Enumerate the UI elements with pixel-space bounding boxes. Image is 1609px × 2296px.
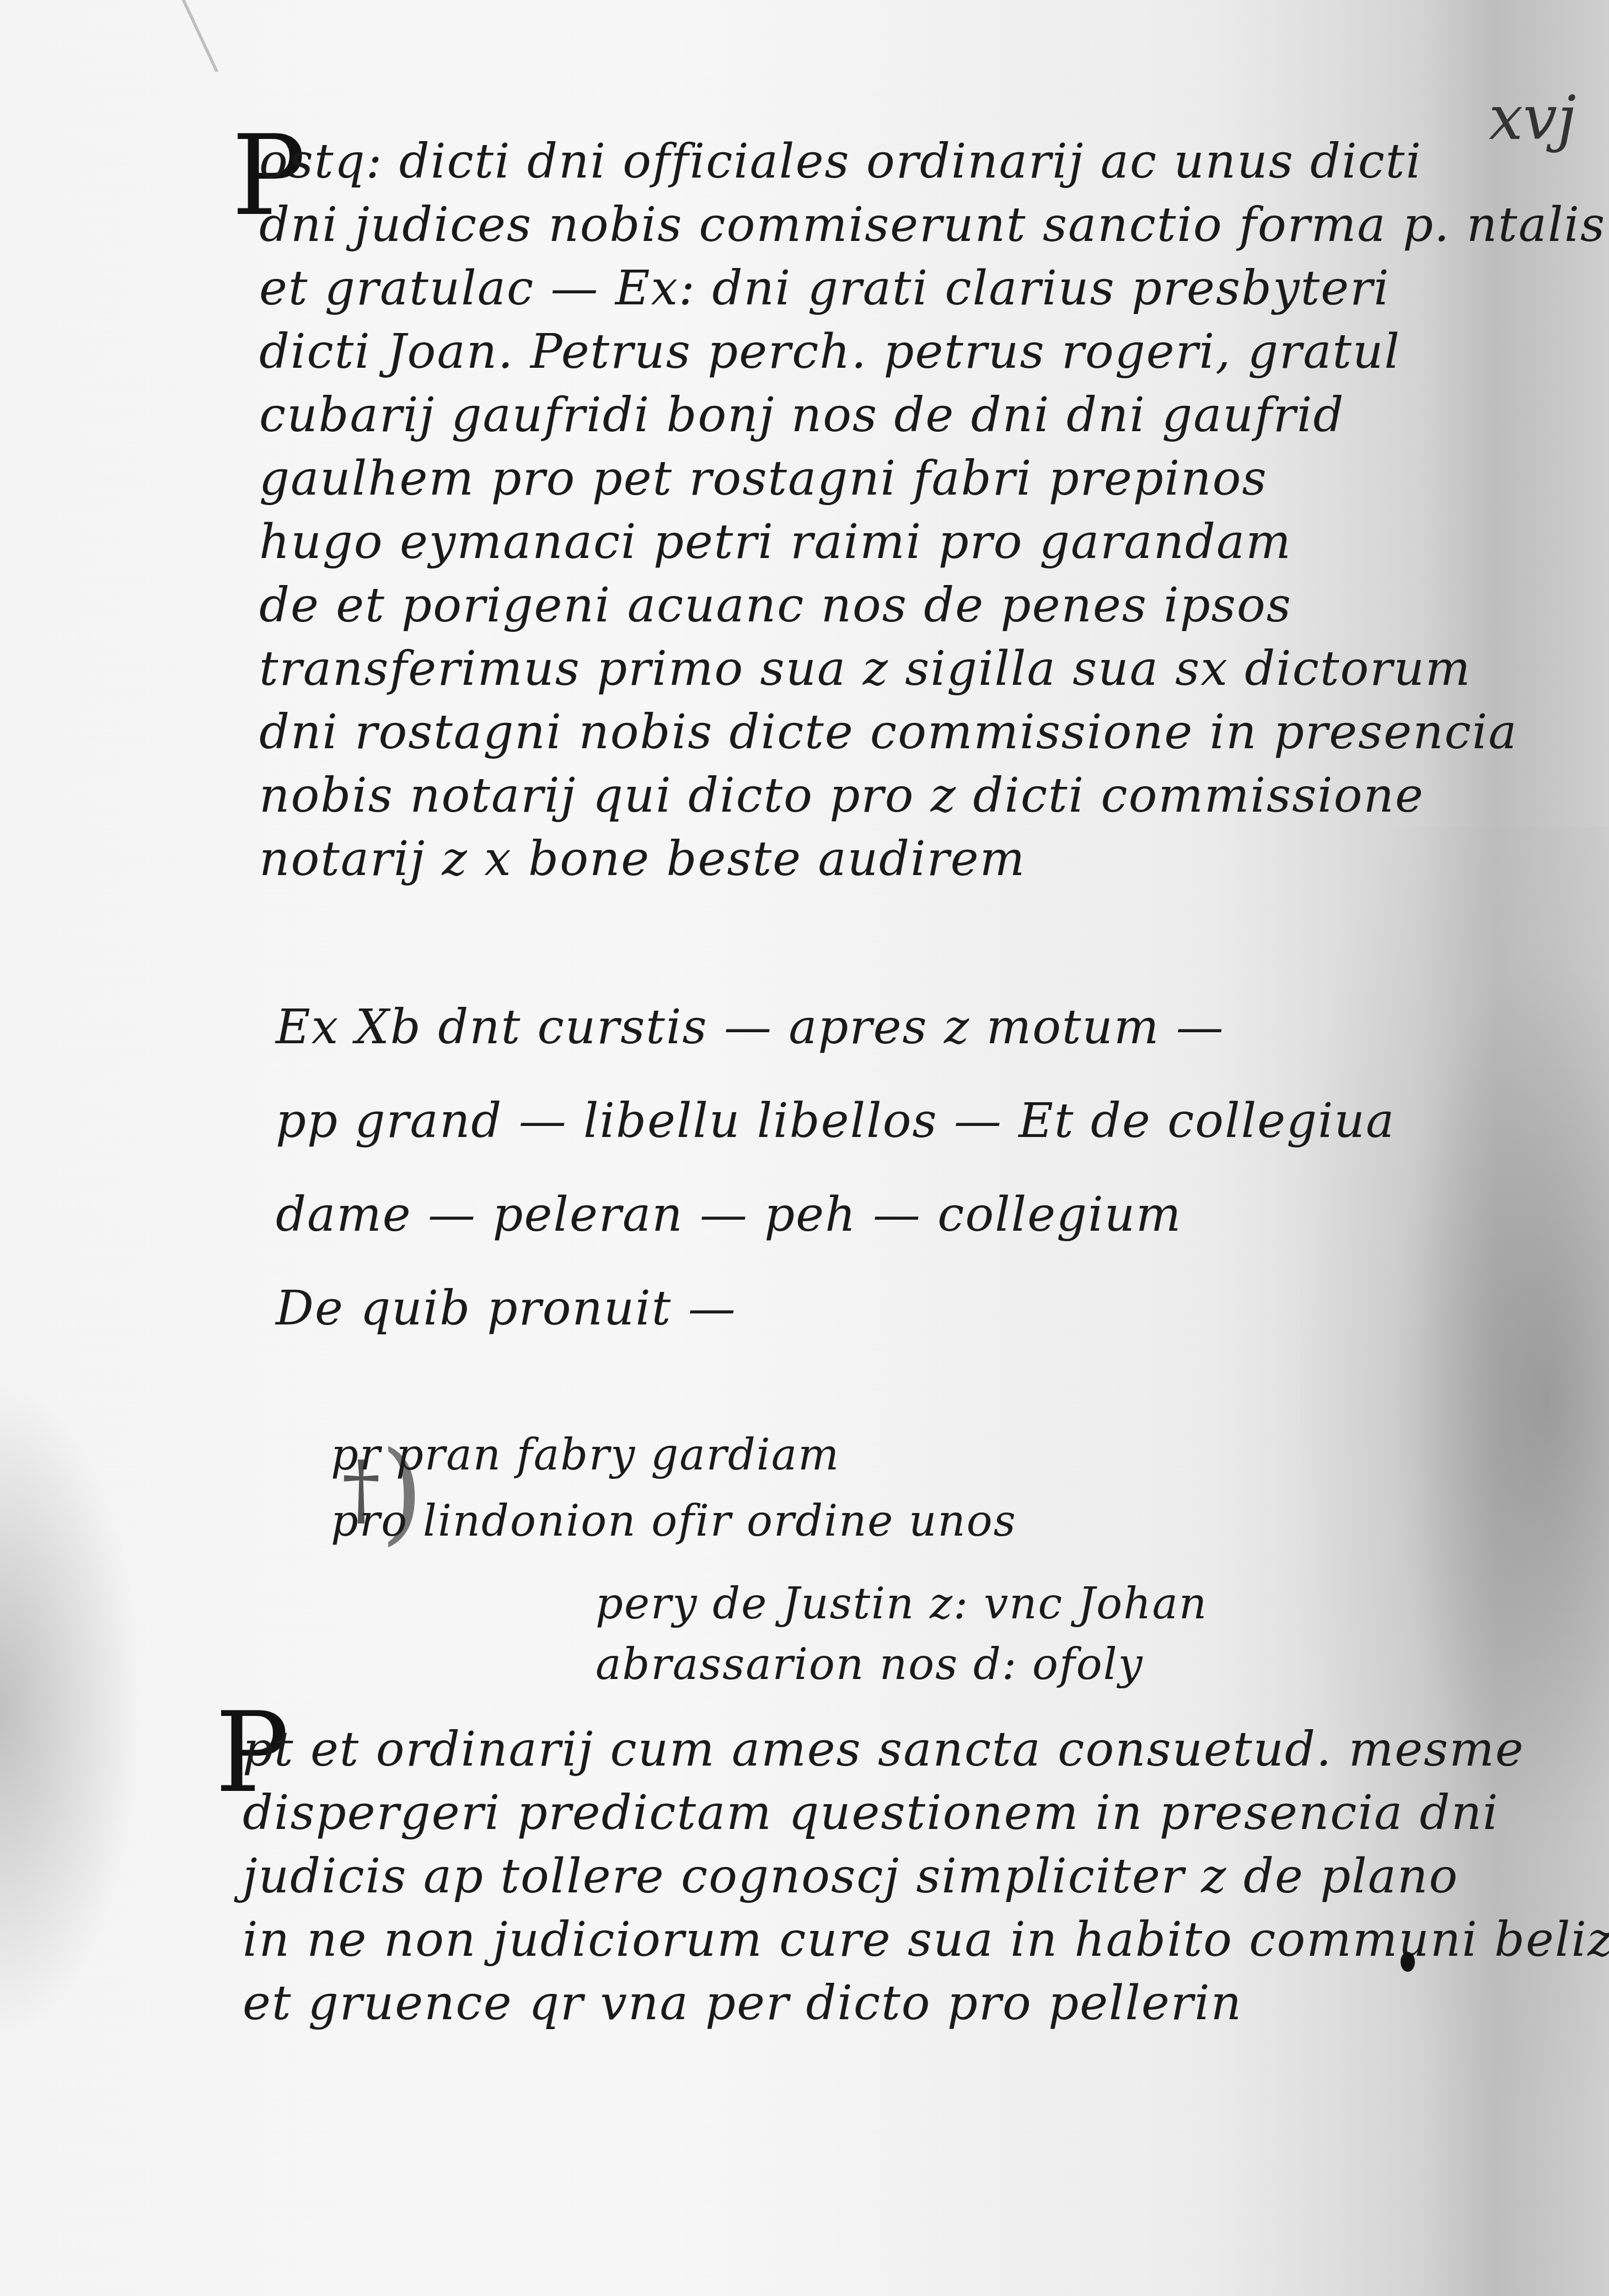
text-line: Ex Xb dnt curstis — apres z motum — (276, 1004, 1395, 1097)
text-line: pro lindonion ofir ordine unos (331, 1500, 1017, 1566)
text-line: dni judices nobis commiserunt sanctio fo… (259, 201, 1606, 265)
text-line: abrassarion nos d: ofoly (596, 1643, 1208, 1704)
water-stain-left (0, 1378, 143, 2040)
text-line: De quib pronuit — (276, 1285, 1395, 1378)
text-line: et gratulac — Ex: dni grati clarius pres… (259, 265, 1606, 328)
corner-pen-mark (110, 0, 219, 72)
text-line: et gruence qr vna per dicto pro pellerin (243, 1980, 1609, 2043)
text-line: pery de Justin z: vnc Johan (596, 1582, 1208, 1643)
witness-signatures-sub: pery de Justin z: vnc Johan abrassarion … (596, 1582, 1208, 1704)
text-line: notarij z x bone beste audirem (259, 835, 1606, 899)
text-line: judicis ap tollere cognoscj simpliciter … (243, 1853, 1609, 1916)
text-line: pt et ordinarij cum ames sancta consuetu… (243, 1726, 1609, 1789)
text-line: dame — peleran — peh — collegium (276, 1191, 1395, 1285)
text-line: dispergeri predictam questionem in prese… (243, 1789, 1609, 1853)
witness-signatures: pr pran fabry gardiam pro lindonion ofir… (331, 1434, 1017, 1566)
paragraph-1: ostq: dicti dni officiales ordinarij ac … (259, 138, 1606, 899)
paragraph-2-list: Ex Xb dnt curstis — apres z motum — pp g… (276, 1004, 1395, 1378)
text-line: dicti Joan. Petrus perch. petrus rogeri,… (259, 328, 1606, 391)
ink-blot (1401, 1952, 1415, 1972)
text-line: hugo eymanaci petri raimi pro garandam (259, 518, 1606, 582)
text-line: nobis notarij qui dicto pro z dicti comm… (259, 772, 1606, 835)
text-line: ostq: dicti dni officiales ordinarij ac … (259, 138, 1606, 201)
text-line: cubarij gaufridi bonj nos de dni dni gau… (259, 391, 1606, 455)
text-line: pr pran fabry gardiam (331, 1434, 1017, 1500)
text-line: pp grand — libellu libellos — Et de coll… (276, 1097, 1395, 1191)
text-line: dni rostagni nobis dicte commissione in … (259, 709, 1606, 772)
text-line: gaulhem pro pet rostagni fabri prepinos (259, 455, 1606, 518)
paragraph-3: pt et ordinarij cum ames sancta consuetu… (243, 1726, 1609, 2043)
text-line: transferimus primo sua z sigilla sua sx … (259, 645, 1606, 709)
text-line: de et porigeni acuanc nos de penes ipsos (259, 582, 1606, 645)
